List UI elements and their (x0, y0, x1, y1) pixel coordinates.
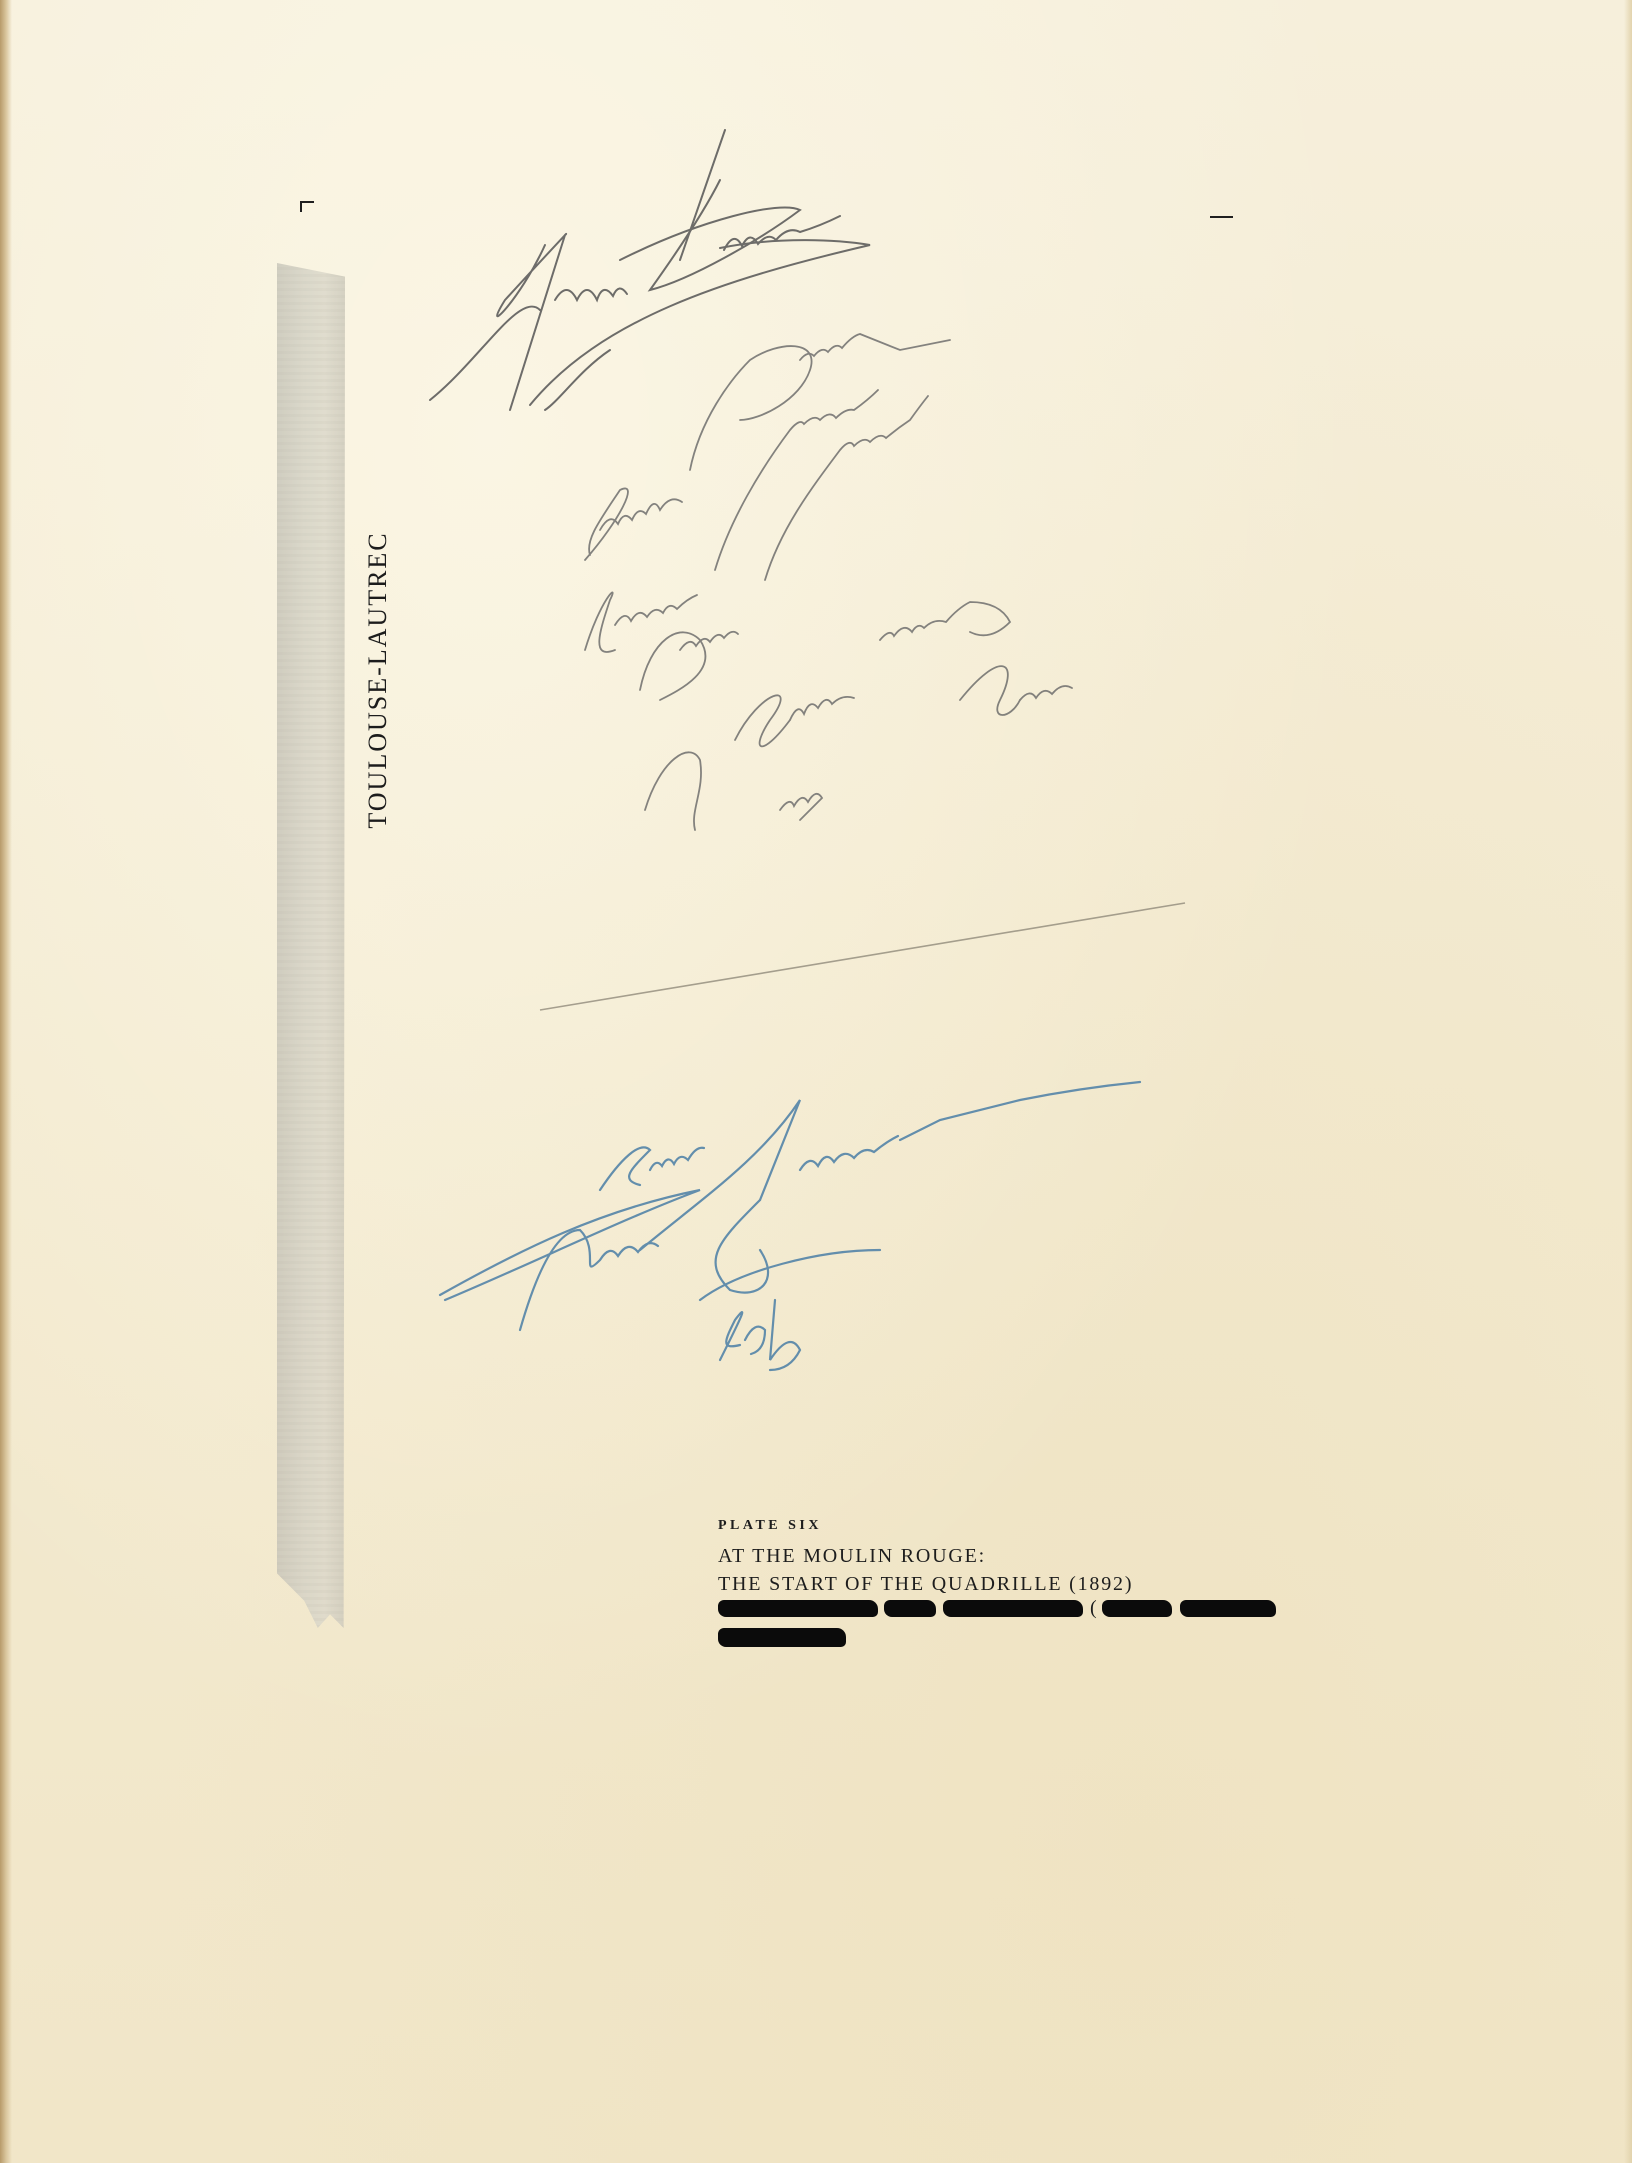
blue-ink-autograph (440, 1082, 1140, 1370)
redaction-bar (718, 1600, 878, 1617)
scanned-page: TOULOUSE-LAUTREC (0, 0, 1632, 2163)
handwriting-layer (0, 0, 1632, 2163)
crop-mark-top-left (300, 201, 314, 203)
redacted-line-1: ( (718, 1600, 1133, 1626)
page-right-edge (1624, 0, 1632, 2163)
plate-number-label: PLATE SIX (718, 1518, 1133, 1534)
redaction-bar (884, 1600, 936, 1617)
redaction-bar (718, 1628, 846, 1647)
open-paren: ( (1090, 1597, 1097, 1620)
redaction-bar (1102, 1600, 1172, 1617)
redacted-line-2 (718, 1628, 1133, 1654)
redaction-bar (1180, 1600, 1276, 1617)
plate-title-line-1: AT THE MOULIN ROUGE: (718, 1542, 1133, 1570)
pencil-writing-misogynist-my-melee (645, 602, 1072, 830)
pencil-signature-toon-flash (430, 130, 870, 410)
masking-tape-strip (277, 263, 345, 1628)
plate-title-line-2: THE START OF THE QUADRILLE (1892) (718, 1570, 1133, 1598)
artist-name-vertical: TOULOUSE-LAUTREC (363, 531, 393, 828)
pencil-writing-lucifer-symbolic-violence (585, 334, 950, 700)
pencil-ruled-line (540, 903, 1185, 1010)
plate-caption: PLATE SIX AT THE MOULIN ROUGE: THE START… (718, 1518, 1133, 1654)
redaction-bar (943, 1600, 1083, 1617)
crop-mark-top-left-vertical (300, 201, 302, 212)
crop-mark-top-right (1210, 216, 1233, 218)
page-left-edge (0, 0, 12, 2163)
